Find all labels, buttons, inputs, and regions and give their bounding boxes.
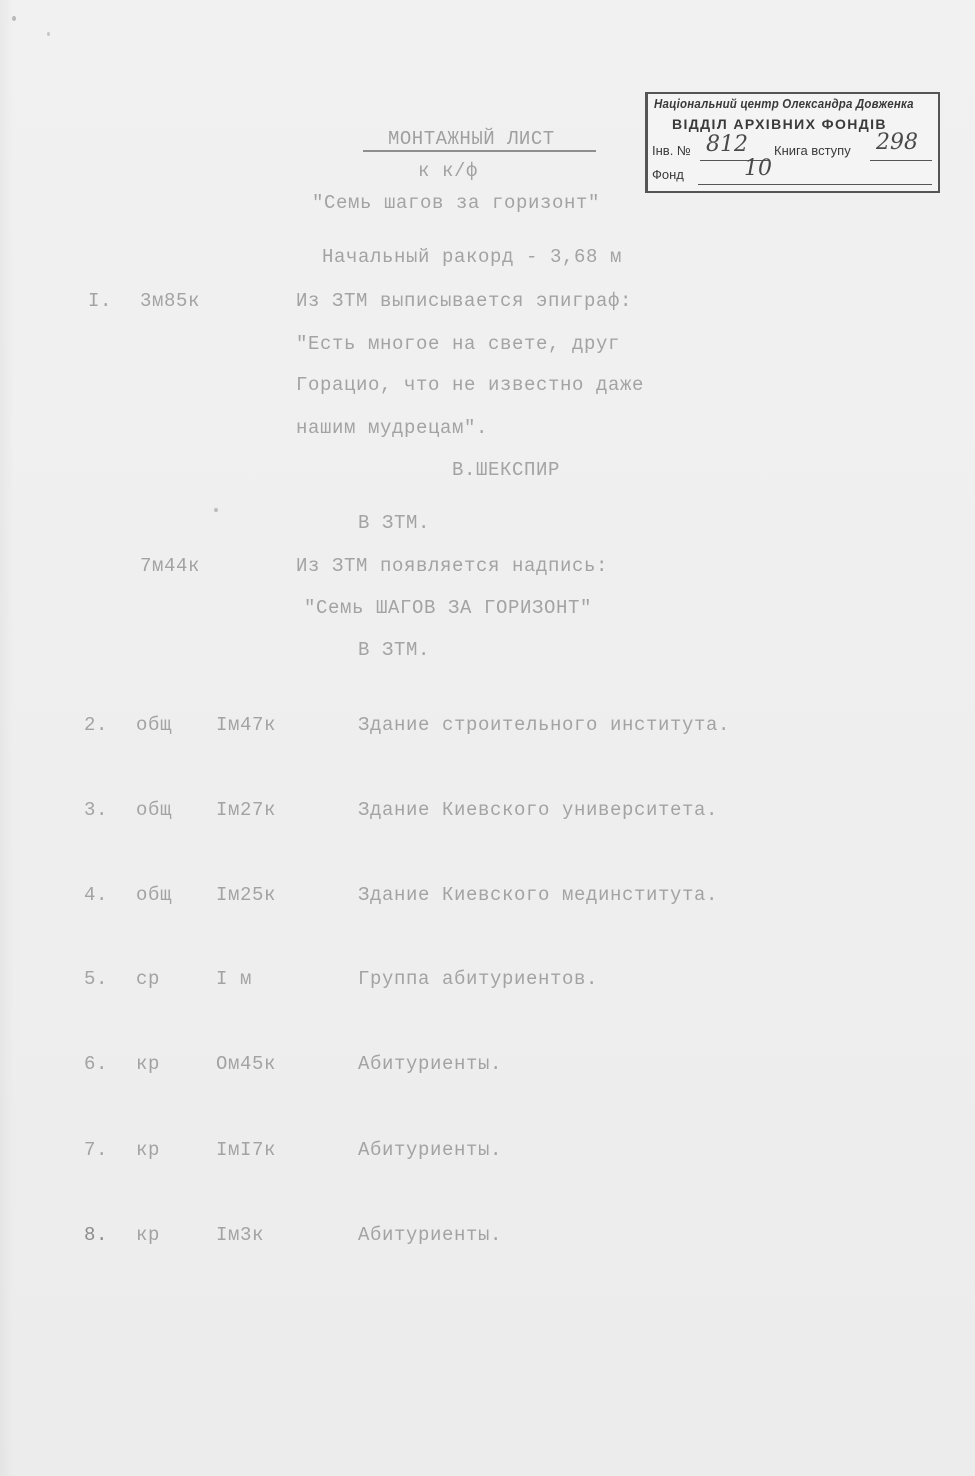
stamp-inv-number: 812 [706,132,748,157]
stamp-organization: Національний центр Олександра Довженка [654,97,914,111]
entry-description: Группа абитуриентов. [358,968,598,990]
entry-number: 4. [84,884,108,906]
entry-duration: I м [216,968,252,990]
entry-number: 8. [84,1224,108,1246]
entry-duration: 3м85к [140,290,200,312]
entry-after: В ЗТМ. [358,639,430,661]
entry-attribution: В.ШЕКСПИР [452,459,560,481]
stamp-fond-underline [698,184,932,185]
entry-number: 3. [84,799,108,821]
entry-shot-size: кр [136,1139,160,1161]
entry-after: В ЗТМ. [358,512,430,534]
entry-line: нашим мудрецам". [296,417,488,439]
archive-stamp: Національний центр Олександра Довженка В… [645,92,940,193]
scan-speck [47,32,50,36]
entry-number: 5. [84,968,108,990]
entry-number: 7. [84,1139,108,1161]
leader-length: Начальный ракорд - 3,68 м [322,246,622,268]
entry-duration: 7м44к [140,555,200,577]
entry-description: Абитуриенты. [358,1224,502,1246]
scan-speck [12,16,16,21]
film-title: "Семь шагов за горизонт" [312,192,600,214]
document-title: МОНТАЖНЫЙ ЛИСТ [388,128,555,150]
stamp-book-underline [870,160,932,161]
entry-duration: Iм3к [216,1224,264,1246]
entry-description: Абитуриенты. [358,1053,502,1075]
entry-number: 6. [84,1053,108,1075]
stamp-fond-number: 10 [744,156,772,181]
entry-line: "Семь ШАГОВ ЗА ГОРИЗОНТ" [304,597,592,619]
entry-line: Горацио, что не известно даже [296,374,644,396]
entry-line: "Есть многое на свете, друг [296,333,620,355]
entry-line: Из ЗТМ появляется надпись: [296,555,608,577]
stamp-book-label: Книга вступу [774,143,851,158]
entry-line: Из ЗТМ выписывается эпиграф: [296,290,632,312]
entry-duration: Ом45к [216,1053,276,1075]
entry-number: I. [88,290,112,312]
stamp-inventory-row: Інв. № [652,143,691,158]
entry-shot-size: общ [136,799,172,821]
entry-duration: Iм25к [216,884,276,906]
entry-duration: Iм27к [216,799,276,821]
title-underline [363,150,596,152]
document-subtitle: к к/ф [418,160,478,182]
entry-shot-size: ср [136,968,160,990]
stamp-book-number: 298 [876,130,918,155]
stamp-inv-label: Інв. № [652,143,691,158]
entry-number: 2. [84,714,108,736]
scan-speck [214,508,218,512]
entry-shot-size: кр [136,1053,160,1075]
entry-description: Здание Киевского мединститута. [358,884,718,906]
scanned-page: МОНТАЖНЫЙ ЛИСТ к к/ф "Семь шагов за гори… [0,0,975,1476]
entry-shot-size: кр [136,1224,160,1246]
entry-shot-size: общ [136,714,172,736]
stamp-department: ВІДДІЛ АРХІВНИХ ФОНДІВ [672,116,887,132]
entry-duration: Iм47к [216,714,276,736]
entry-description: Здание строительного института. [358,714,730,736]
entry-duration: IмI7к [216,1139,276,1161]
entry-description: Абитуриенты. [358,1139,502,1161]
entry-shot-size: общ [136,884,172,906]
entry-description: Здание Киевского университета. [358,799,718,821]
stamp-fond-label: Фонд [652,167,684,182]
